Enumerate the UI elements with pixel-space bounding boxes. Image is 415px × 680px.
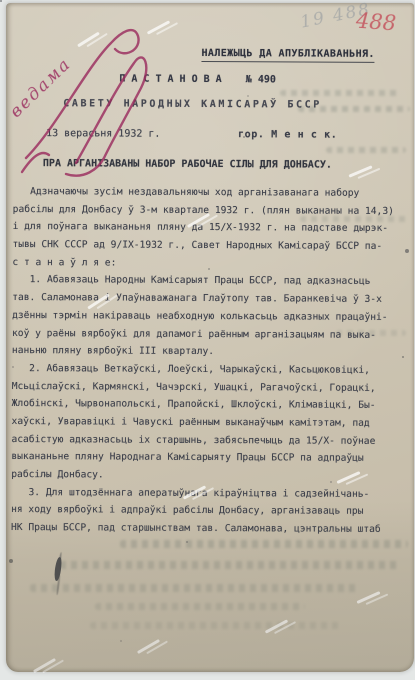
red-page-number: 488 <box>355 9 397 36</box>
body-line: асабістую адказнасьць іх старшынь, забяс… <box>11 431 411 451</box>
body-line: дзённы тэрмін накіраваць неабходную коль… <box>12 307 412 327</box>
body-line: наньню пляну вярбоўкі III кварталу. <box>12 342 412 362</box>
body-line: с т а н а ў л я е: <box>12 254 412 274</box>
paper-specks <box>0 0 2 2</box>
body-line: і для поўнага выкананьня пляну да 15/X-1… <box>13 218 413 238</box>
body-line: тывы СНК СССР ад 9/IX-1932 г., Савет Нар… <box>12 236 412 256</box>
publication-note: НАЛЕЖЫЦЬ ДА АПУБЛІКАВАНЬНЯ. <box>201 48 374 63</box>
body-line: 2. Абавязаць Веткаўскі, Лоеўскі, Чарыкаў… <box>12 360 412 380</box>
body-line: 1. Абавязаць Народны Камісарыят Працы БС… <box>12 271 412 291</box>
body-text: Адзначаючы зусім нездавальняючы ход арга… <box>11 183 413 539</box>
handwritten-annotation: ведама <box>14 6 204 186</box>
body-line: Жлобінскі, Чырвонапольскі, Прапойскі, Шк… <box>12 395 412 415</box>
scan-backdrop: НАЛЕЖЫЦЬ ДА АПУБЛІКАВАНЬНЯ. П А С Т А Н … <box>0 0 415 680</box>
body-line: выкананьне пляну Народнага Камісарыяту П… <box>11 448 411 468</box>
body-line: рабсілы для Донбасу ў 3-м квартале 1932 … <box>13 201 413 221</box>
body-line: тав. Саламонава і Упаўнаважанага Глаўтоп… <box>12 289 412 309</box>
paper-bottom-shade <box>6 500 414 672</box>
document-place: гор. М е н с к. <box>238 129 337 141</box>
body-line: коў у раёны вярбоўкі для дапамогі раённы… <box>12 324 412 344</box>
body-line: хаўскі, Уваравіцкі і Чавускі раённым вык… <box>12 413 412 433</box>
body-line: Мсьціслаўскі, Кармянскі, Чачэрскі, Ушацк… <box>12 378 412 398</box>
